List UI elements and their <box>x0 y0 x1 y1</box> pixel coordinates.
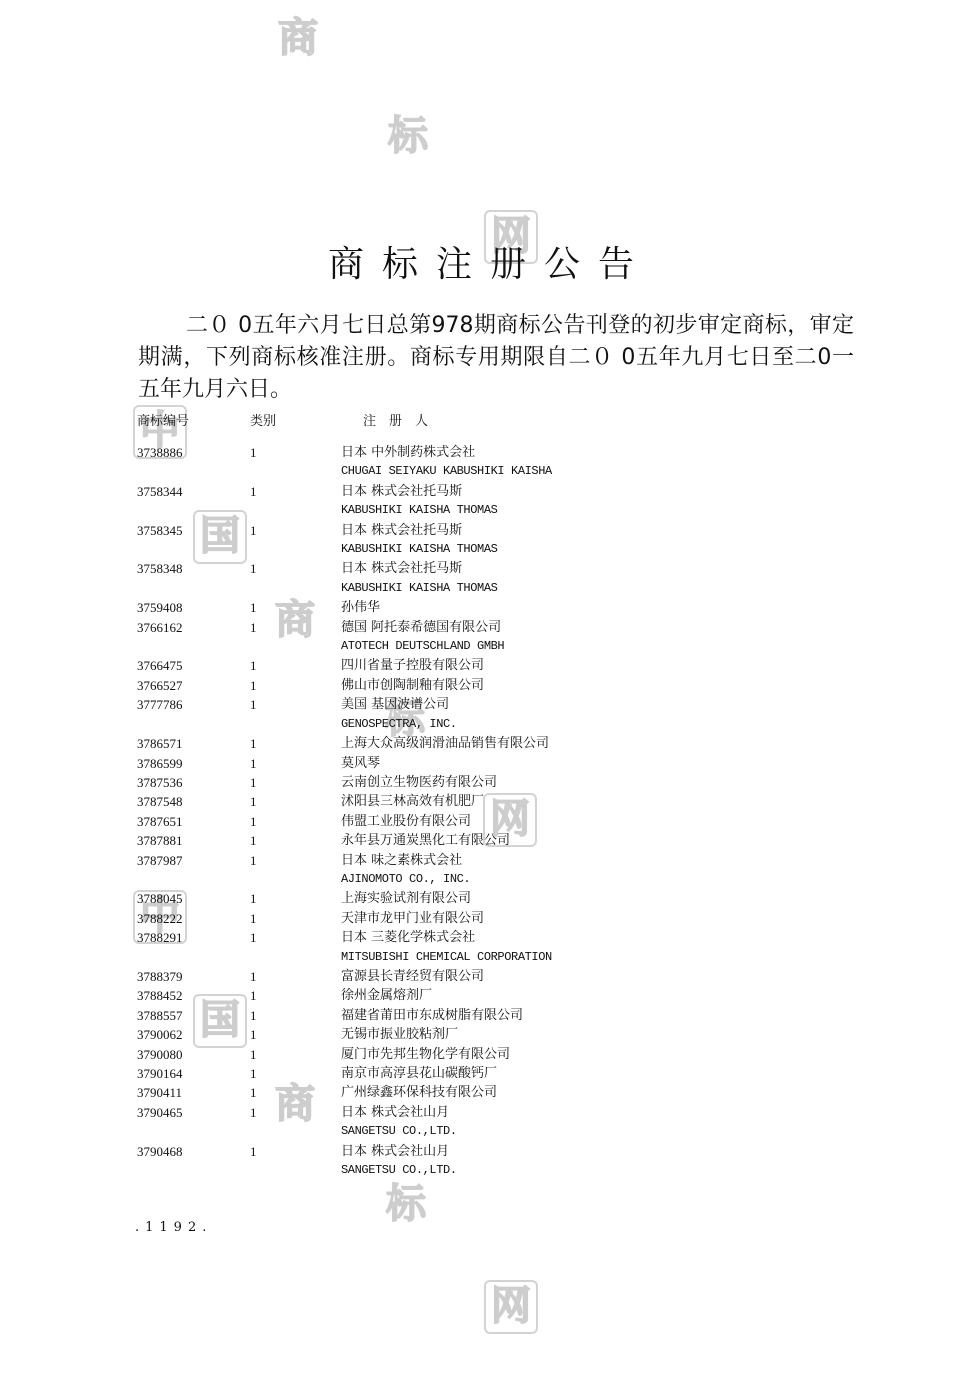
trademark-class: 1 <box>250 1142 257 1161</box>
trademark-number: 3788291 <box>137 928 183 947</box>
trademark-class: 1 <box>250 656 257 675</box>
trademark-class: 1 <box>250 909 257 928</box>
registrant-name-cn: 日本 株式会社山月 <box>341 1142 837 1161</box>
registrant: 德国 阿托泰希德国有限公司ATOTECH DEUTSCHLAND GMBH <box>341 618 837 657</box>
trademark-number: 3787881 <box>137 831 183 850</box>
trademark-number: 3786599 <box>137 754 183 773</box>
registrant-name-cn: 孙伟华 <box>341 598 837 617</box>
table-row: 37875361云南创立生物医药有限公司 <box>137 773 837 792</box>
registrant: 沭阳县三林高效有机肥厂 <box>341 792 837 811</box>
registrant-name-cn: 上海大众高级润滑油品销售有限公司 <box>341 734 837 753</box>
trademark-class: 1 <box>250 851 257 870</box>
trademark-number: 3788379 <box>137 967 183 986</box>
header-registrant: 注 册 人 <box>363 410 428 429</box>
table-row: 37904681日本 株式会社山月SANGETSU CO.,LTD. <box>137 1142 837 1181</box>
trademark-number: 3788557 <box>137 1006 183 1025</box>
table-row: 37904651日本 株式会社山月SANGETSU CO.,LTD. <box>137 1103 837 1142</box>
registrant-name-en: MITSUBISHI CHEMICAL CORPORATION <box>341 948 837 967</box>
registrant-name-cn: 伟盟工业股份有限公司 <box>341 812 837 831</box>
trademark-number: 3758345 <box>137 521 183 540</box>
registrant-name-cn: 日本 株式会社山月 <box>341 1103 837 1122</box>
trademark-number: 3787548 <box>137 792 183 811</box>
registrant-name-en: KABUSHIKI KAISHA THOMAS <box>341 540 837 559</box>
table-row: 37885571福建省莆田市东成树脂有限公司 <box>137 1006 837 1025</box>
registrant-name-cn: 南京市高淳县花山碳酸钙厂 <box>341 1064 837 1083</box>
registrant: 四川省量子控股有限公司 <box>341 656 837 675</box>
table-row: 37883791富源县长青经贸有限公司 <box>137 967 837 986</box>
registrant: 福建省莆田市东成树脂有限公司 <box>341 1006 837 1025</box>
registrant: 日本 株式会社山月SANGETSU CO.,LTD. <box>341 1142 837 1181</box>
table-row: 37583451日本 株式会社托马斯KABUSHIKI KAISHA THOMA… <box>137 521 837 560</box>
trademark-class: 1 <box>250 1006 257 1025</box>
registrant: 广州绿鑫环保科技有限公司 <box>341 1083 837 1102</box>
page-number: .1192. <box>135 1220 212 1235</box>
registrant: 无锡市振业胶粘剂厂 <box>341 1025 837 1044</box>
table-row: 37880451上海实验试剂有限公司 <box>137 889 837 908</box>
watermark-icon: 商 <box>273 14 323 64</box>
trademark-number: 3790411 <box>137 1083 182 1102</box>
registrant: 徐州金属熔剂厂 <box>341 986 837 1005</box>
registrant: 孙伟华 <box>341 598 837 617</box>
registrant-name-cn: 厦门市先邦生物化学有限公司 <box>341 1045 837 1064</box>
trademark-class: 1 <box>250 967 257 986</box>
table-row: 37665271佛山市创陶制釉有限公司 <box>137 676 837 695</box>
registrant-name-cn: 日本 味之素株式会社 <box>341 851 837 870</box>
table-row: 37884521徐州金属熔剂厂 <box>137 986 837 1005</box>
registrant: 日本 中外制药株式会社CHUGAI SEIYAKU KABUSHIKI KAIS… <box>341 443 837 482</box>
registrant: 日本 株式会社托马斯KABUSHIKI KAISHA THOMAS <box>341 559 837 598</box>
header-trademark-number: 商标编号 <box>137 410 189 429</box>
trademark-class: 1 <box>250 1064 257 1083</box>
table-row: 37900621无锡市振业胶粘剂厂 <box>137 1025 837 1044</box>
registrant-name-cn: 广州绿鑫环保科技有限公司 <box>341 1083 837 1102</box>
trademark-class: 1 <box>250 443 257 462</box>
table-row: 37878811永年县万通炭黑化工有限公司 <box>137 831 837 850</box>
registrant: 日本 株式会社托马斯KABUSHIKI KAISHA THOMAS <box>341 521 837 560</box>
trademark-class: 1 <box>250 1025 257 1044</box>
table-row: 37875481沭阳县三林高效有机肥厂 <box>137 792 837 811</box>
registrant: 永年县万通炭黑化工有限公司 <box>341 831 837 850</box>
trademark-class: 1 <box>250 831 257 850</box>
registrant-name-cn: 福建省莆田市东成树脂有限公司 <box>341 1006 837 1025</box>
trademark-number: 3787987 <box>137 851 183 870</box>
watermark-icon: 标 <box>383 112 433 162</box>
trademark-number: 3758344 <box>137 482 183 501</box>
watermark-icon: 标 <box>381 1180 431 1230</box>
trademark-class: 1 <box>250 559 257 578</box>
trademark-class: 1 <box>250 812 257 831</box>
registrant-name-cn: 日本 中外制药株式会社 <box>341 443 837 462</box>
intro-paragraph: 二０ 0五年六月七日总第978期商标公告刊登的初步审定商标，审定期满，下列商标核… <box>138 310 854 406</box>
table-row: 37904111广州绿鑫环保科技有限公司 <box>137 1083 837 1102</box>
trademark-number: 3790468 <box>137 1142 183 1161</box>
trademark-number: 3788452 <box>137 986 183 1005</box>
trademark-number: 3758348 <box>137 559 183 578</box>
table-row: 37900801厦门市先邦生物化学有限公司 <box>137 1045 837 1064</box>
table-row: 37882221天津市龙甲门业有限公司 <box>137 909 837 928</box>
table-row: 37777861美国 基因波谱公司GENOSPECTRA, INC. <box>137 695 837 734</box>
registrant: 富源县长青经贸有限公司 <box>341 967 837 986</box>
registrant-name-cn: 莫风琴 <box>341 754 837 773</box>
watermark-icon: 网 <box>484 1280 538 1334</box>
table-row: 37594081孙伟华 <box>137 598 837 617</box>
registrant: 佛山市创陶制釉有限公司 <box>341 676 837 695</box>
trademark-number: 3790080 <box>137 1045 183 1064</box>
table-row: 37388861日本 中外制药株式会社CHUGAI SEIYAKU KABUSH… <box>137 443 837 482</box>
trademark-number: 3777786 <box>137 695 183 714</box>
registrant-name-cn: 富源县长青经贸有限公司 <box>341 967 837 986</box>
trademark-number: 3790465 <box>137 1103 183 1122</box>
trademark-number: 3787536 <box>137 773 183 792</box>
registrant: 云南创立生物医药有限公司 <box>341 773 837 792</box>
registrant: 伟盟工业股份有限公司 <box>341 812 837 831</box>
trademark-class: 1 <box>250 618 257 637</box>
trademark-class: 1 <box>250 521 257 540</box>
trademark-number: 3787651 <box>137 812 183 831</box>
registrant-name-en: KABUSHIKI KAISHA THOMAS <box>341 501 837 520</box>
registrant: 南京市高淳县花山碳酸钙厂 <box>341 1064 837 1083</box>
trademark-number: 3766527 <box>137 676 183 695</box>
trademark-number: 3788045 <box>137 889 183 908</box>
table-row: 37583441日本 株式会社托马斯KABUSHIKI KAISHA THOMA… <box>137 482 837 521</box>
registration-table: 37388861日本 中外制药株式会社CHUGAI SEIYAKU KABUSH… <box>137 443 837 1180</box>
trademark-class: 1 <box>250 754 257 773</box>
registrant-name-cn: 四川省量子控股有限公司 <box>341 656 837 675</box>
registrant: 日本 味之素株式会社AJINOMOTO CO., INC. <box>341 851 837 890</box>
trademark-class: 1 <box>250 695 257 714</box>
table-row: 37882911日本 三菱化学株式会社MITSUBISHI CHEMICAL C… <box>137 928 837 967</box>
registrant-name-cn: 徐州金属熔剂厂 <box>341 986 837 1005</box>
table-row: 37879871日本 味之素株式会社AJINOMOTO CO., INC. <box>137 851 837 890</box>
trademark-number: 3766162 <box>137 618 183 637</box>
trademark-class: 1 <box>250 734 257 753</box>
trademark-number: 3766475 <box>137 656 183 675</box>
trademark-class: 1 <box>250 1045 257 1064</box>
registrant: 日本 株式会社托马斯KABUSHIKI KAISHA THOMAS <box>341 482 837 521</box>
registrant: 美国 基因波谱公司GENOSPECTRA, INC. <box>341 695 837 734</box>
table-row: 37901641南京市高淳县花山碳酸钙厂 <box>137 1064 837 1083</box>
registrant-name-cn: 沭阳县三林高效有机肥厂 <box>341 792 837 811</box>
registrant-name-cn: 日本 株式会社托马斯 <box>341 482 837 501</box>
table-row: 37661621德国 阿托泰希德国有限公司ATOTECH DEUTSCHLAND… <box>137 618 837 657</box>
trademark-number: 3738886 <box>137 443 183 462</box>
table-row: 37865711上海大众高级润滑油品销售有限公司 <box>137 734 837 753</box>
trademark-number: 3786571 <box>137 734 183 753</box>
trademark-class: 1 <box>250 889 257 908</box>
registrant-name-cn: 上海实验试剂有限公司 <box>341 889 837 908</box>
table-row: 37664751四川省量子控股有限公司 <box>137 656 837 675</box>
registrant-name-en: ATOTECH DEUTSCHLAND GMBH <box>341 637 837 656</box>
registrant-name-cn: 德国 阿托泰希德国有限公司 <box>341 618 837 637</box>
registrant-name-cn: 天津市龙甲门业有限公司 <box>341 909 837 928</box>
registrant-name-cn: 永年县万通炭黑化工有限公司 <box>341 831 837 850</box>
trademark-class: 1 <box>250 598 257 617</box>
registrant-name-cn: 云南创立生物医药有限公司 <box>341 773 837 792</box>
trademark-class: 1 <box>250 676 257 695</box>
trademark-class: 1 <box>250 1103 257 1122</box>
registrant-name-cn: 无锡市振业胶粘剂厂 <box>341 1025 837 1044</box>
trademark-class: 1 <box>250 928 257 947</box>
registrant-name-cn: 美国 基因波谱公司 <box>341 695 837 714</box>
trademark-class: 1 <box>250 792 257 811</box>
registrant-name-cn: 日本 三菱化学株式会社 <box>341 928 837 947</box>
trademark-number: 3759408 <box>137 598 183 617</box>
registrant-name-cn: 日本 株式会社托马斯 <box>341 521 837 540</box>
registrant: 天津市龙甲门业有限公司 <box>341 909 837 928</box>
registrant: 莫风琴 <box>341 754 837 773</box>
page-title: 商标注册公告 <box>0 236 980 287</box>
registrant: 上海大众高级润滑油品销售有限公司 <box>341 734 837 753</box>
registrant-name-en: AJINOMOTO CO., INC. <box>341 870 837 889</box>
registrant-name-en: GENOSPECTRA, INC. <box>341 715 837 734</box>
trademark-class: 1 <box>250 986 257 1005</box>
registrant-name-en: CHUGAI SEIYAKU KABUSHIKI KAISHA <box>341 462 837 481</box>
table-header: 商标编号 类别 注 册 人 <box>137 410 737 430</box>
table-row: 37876511伟盟工业股份有限公司 <box>137 812 837 831</box>
header-class: 类别 <box>250 410 276 429</box>
trademark-number: 3790164 <box>137 1064 183 1083</box>
registrant-name-cn: 佛山市创陶制釉有限公司 <box>341 676 837 695</box>
table-row: 37583481日本 株式会社托马斯KABUSHIKI KAISHA THOMA… <box>137 559 837 598</box>
registrant-name-en: SANGETSU CO.,LTD. <box>341 1122 837 1141</box>
trademark-class: 1 <box>250 773 257 792</box>
trademark-class: 1 <box>250 482 257 501</box>
registrant-name-cn: 日本 株式会社托马斯 <box>341 559 837 578</box>
trademark-class: 1 <box>250 1083 257 1102</box>
registrant-name-en: SANGETSU CO.,LTD. <box>341 1161 837 1180</box>
registrant-name-en: KABUSHIKI KAISHA THOMAS <box>341 579 837 598</box>
registrant: 上海实验试剂有限公司 <box>341 889 837 908</box>
table-row: 37865991莫风琴 <box>137 754 837 773</box>
registrant: 日本 株式会社山月SANGETSU CO.,LTD. <box>341 1103 837 1142</box>
registrant: 日本 三菱化学株式会社MITSUBISHI CHEMICAL CORPORATI… <box>341 928 837 967</box>
trademark-number: 3790062 <box>137 1025 183 1044</box>
trademark-number: 3788222 <box>137 909 183 928</box>
registrant: 厦门市先邦生物化学有限公司 <box>341 1045 837 1064</box>
